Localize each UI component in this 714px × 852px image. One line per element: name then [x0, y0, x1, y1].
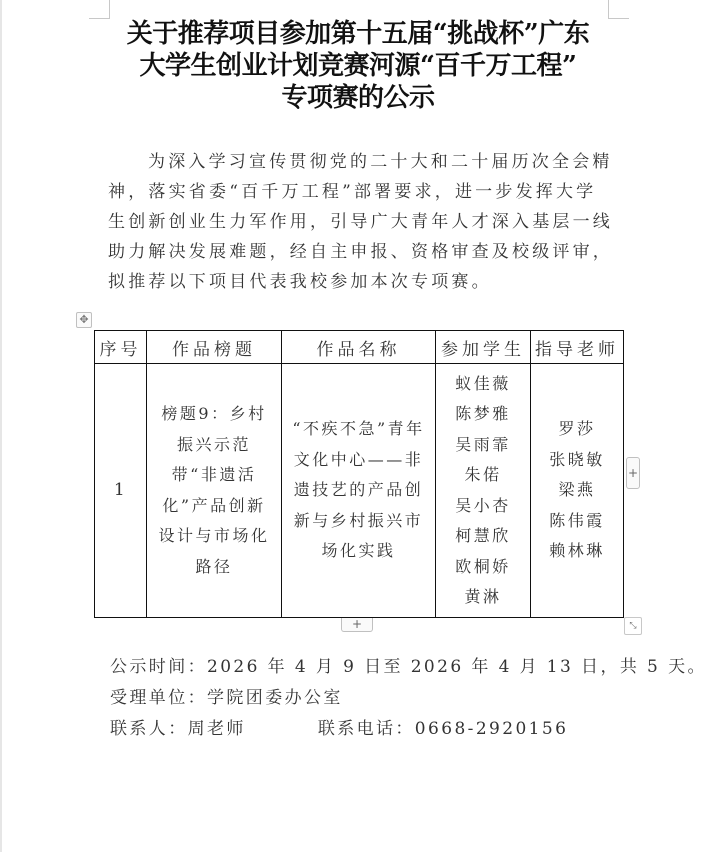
advisor-name: 张晓敏: [531, 445, 623, 476]
cell-students: 蚁佳薇 陈梦雅 吴雨霏 朱偌 吴小杏 柯慧欣 欧桐娇 黄淋: [436, 364, 531, 618]
table-row: 1 榜题9：乡村振兴示范带“非遗活化”产品创新设计与市场化路径 “不疾不急”青年…: [95, 364, 624, 618]
student-name: 吴小杏: [436, 491, 530, 522]
notice-footer: 公示时间：2026 年 4 月 9 日至 2026 年 4 月 13 日，共 5…: [110, 652, 630, 745]
advisor-name: 梁燕: [531, 475, 623, 506]
student-name: 欧桐娇: [436, 552, 530, 583]
recommendation-table: 序号 作品榜题 作品名称 参加学生 指导老师 1 榜题9：乡村振兴示范带“非遗活…: [94, 330, 624, 618]
table-resize-icon[interactable]: ⤡: [624, 617, 642, 635]
title-line-1: 关于推荐项目参加第十五届“挑战杯”广东: [96, 18, 620, 50]
header-advisors: 指导老师: [531, 331, 624, 364]
student-name: 蚁佳薇: [436, 369, 530, 400]
student-name: 陈梦雅: [436, 399, 530, 430]
intro-section: 为深入学习宣传贯彻党的二十大和二十届历次全会精神，落实省委“百千万工程”部署要求…: [108, 147, 614, 297]
header-students: 参加学生: [436, 331, 531, 364]
student-name: 柯慧欣: [436, 521, 530, 552]
student-name: 吴雨霏: [436, 430, 530, 461]
cell-topic: 榜题9：乡村振兴示范带“非遗活化”产品创新设计与市场化路径: [147, 364, 282, 618]
intro-paragraph: 为深入学习宣传贯彻党的二十大和二十届历次全会精神，落实省委“百千万工程”部署要求…: [108, 147, 614, 297]
header-topic: 作品榜题: [147, 331, 282, 364]
contact-phone: 联系电话：0668-2920156: [318, 714, 569, 745]
topic-text: 榜题9：乡村振兴示范带“非遗活化”产品创新设计与市场化路径: [147, 399, 281, 582]
cell-index: 1: [95, 364, 147, 618]
student-name: 黄淋: [436, 582, 530, 613]
header-work-name: 作品名称: [282, 331, 436, 364]
title-line-3: 专项赛的公示: [96, 82, 620, 114]
contact-person: 联系人：周老师: [110, 719, 246, 739]
cell-work-name: “不疾不急”青年文化中心——非遗技艺的产品创新与乡村振兴市场化实践: [282, 364, 436, 618]
receiving-office: 受理单位：学院团委办公室: [110, 683, 630, 714]
contact-line: 联系人：周老师联系电话：0668-2920156: [110, 714, 630, 745]
student-name: 朱偌: [436, 460, 530, 491]
cell-advisors: 罗莎 张晓敏 梁燕 陈伟霞 赖林琳: [531, 364, 624, 618]
add-column-icon[interactable]: +: [626, 457, 640, 489]
table-move-icon[interactable]: ✥: [76, 312, 92, 328]
table-header-row: 序号 作品榜题 作品名称 参加学生 指导老师: [95, 331, 624, 364]
advisor-name: 赖林琳: [531, 536, 623, 567]
margin-corner-top-left: [89, 0, 110, 19]
window-left-edge: [0, 0, 2, 852]
add-row-icon[interactable]: +: [341, 618, 373, 632]
header-index: 序号: [95, 331, 147, 364]
advisor-name: 陈伟霞: [531, 506, 623, 537]
notice-period: 公示时间：2026 年 4 月 9 日至 2026 年 4 月 13 日，共 5…: [110, 652, 630, 683]
title-line-2: 大学生创业计划竞赛河源“百千万工程”: [96, 50, 620, 82]
document-title: 关于推荐项目参加第十五届“挑战杯”广东 大学生创业计划竞赛河源“百千万工程” 专…: [96, 18, 620, 114]
margin-corner-top-right: [608, 0, 629, 19]
work-name-text: “不疾不急”青年文化中心——非遗技艺的产品创新与乡村振兴市场化实践: [282, 414, 435, 567]
advisor-name: 罗莎: [531, 414, 623, 445]
